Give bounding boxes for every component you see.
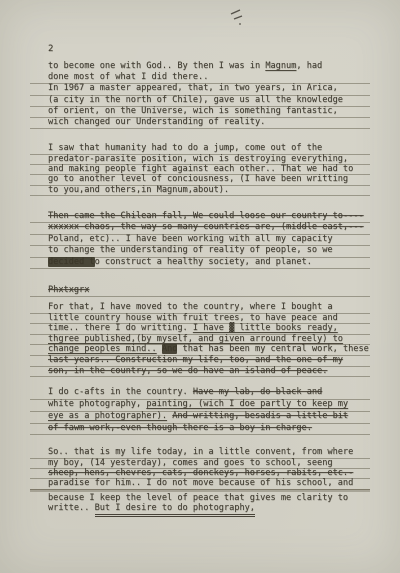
text-segment: I do c-afts in the country.	[48, 387, 193, 397]
typed-line: white photography, painting, (wich I doe…	[30, 399, 370, 411]
text-segment: go to another level of conciousness, (I …	[48, 174, 348, 184]
text-segment: paradise for him.. I do not move because…	[48, 478, 353, 488]
typed-letter-body: to become one with God.. By then I was i…	[30, 61, 370, 513]
typed-line: wich changed our Understanding of realit…	[30, 117, 370, 128]
text-segment: For that, I have moved to the country, w…	[48, 302, 333, 312]
blotted-out-text: And	[162, 344, 178, 354]
typed-line: Poland, etc).. I have been working with …	[30, 234, 370, 245]
typed-line: change peoples mind.. And that has been …	[30, 344, 370, 355]
underlined-text: eye as a photographer).	[48, 411, 167, 421]
typed-line: decided to construct a healthy society, …	[30, 257, 370, 268]
underlined-text: Magnum	[265, 61, 296, 71]
blotted-out-text: decided t	[48, 257, 95, 267]
typed-line: to change the understanding of reality o…	[30, 245, 370, 256]
text-segment: So.. that is my life today, in a little …	[48, 447, 353, 457]
typed-line: and making people fight against each oth…	[30, 164, 370, 174]
text-segment: done most of what I did there..	[48, 72, 208, 82]
text-segment: Poland, etc).. I have been working with …	[48, 234, 333, 244]
text-segment: little country house with fruit trees, t…	[48, 313, 338, 323]
text-segment: I saw that humanity had to do a jump, co…	[48, 143, 322, 153]
typed-line: xxxxxx chaos, the way so many countries …	[30, 222, 370, 233]
struck-through-text: son, in the country, so we do have an is…	[48, 366, 327, 376]
typed-line: predator-parasite position, wich is dest…	[30, 154, 370, 164]
underlined-text: change peoples mind..	[48, 344, 157, 354]
typed-line: time.. there I do writting. I have ▓ lit…	[30, 323, 370, 334]
struck-through-text: chaos, the way so many countries are, (m…	[79, 222, 364, 232]
typed-line: Then came the Chilean fall, We could loo…	[30, 211, 370, 222]
typed-line: For that, I have moved to the country, w…	[30, 302, 370, 313]
text-segment: writte..	[48, 503, 95, 513]
struck-through-text: Phxtxgrx	[48, 285, 89, 295]
paragraph: Phxtxgrx	[30, 285, 370, 296]
typed-line: writte.. But I desire to do photography,	[30, 503, 370, 513]
text-segment: wich changed our Understanding of realit…	[48, 117, 265, 127]
text-segment: , had	[296, 61, 322, 71]
struck-through-text: sheep, hens, chevres, cats, donckeys, ho…	[48, 468, 353, 478]
underlined-text: I have ▓ little books ready,	[193, 323, 338, 333]
text-segment: predator-parasite position, wich is dest…	[48, 154, 348, 164]
heavily-underlined-text: But I desire to do photography,	[95, 503, 255, 517]
text-segment: that has been my central work, these	[177, 344, 368, 354]
struck-through-text: last years.. Construction my life, too, …	[48, 355, 343, 365]
typed-line: because I keep the level of peace that g…	[30, 493, 370, 503]
typed-line: eye as a photographer). And writting, be…	[30, 411, 370, 423]
text-segment: and making people fight against each oth…	[48, 164, 353, 174]
struck-through-text: xxxxxx	[48, 222, 79, 232]
text-segment: to become one with God.. By then I was i…	[48, 61, 265, 71]
typed-line: done most of what I did there..	[30, 72, 370, 83]
text-segment: because I keep the level of peace that g…	[48, 493, 348, 503]
typed-line: my boy, (14 yesterday), comes and goes t…	[30, 458, 370, 468]
typed-line: of fawm work,-even though there is a boy…	[30, 423, 370, 435]
typed-line: last years.. Construction my life, too, …	[30, 355, 370, 366]
typed-line: sheep, hens, chevres, cats, donckeys, ho…	[30, 468, 370, 478]
typed-line: little country house with fruit trees, t…	[30, 313, 370, 324]
typed-line: Phxtxgrx	[30, 285, 370, 296]
struck-through-text: Have my lab, do black and	[193, 387, 322, 397]
paragraph: I do c-afts in the country. Have my lab,…	[30, 387, 370, 434]
text-segment: time.. there I do writting.	[48, 323, 193, 333]
text-segment: o construct a healthy society, and plane…	[95, 257, 312, 267]
text-segment: of orient, on the Universe, wich is some…	[48, 106, 338, 116]
paragraph: For that, I have moved to the country, w…	[30, 302, 370, 376]
paragraph: Then came the Chilean fall, We could loo…	[30, 211, 370, 268]
paragraph: So.. that is my life today, in a little …	[30, 447, 370, 513]
underlined-text: painting, (wich I doe partly to keep my	[146, 399, 348, 409]
typed-line: to become one with God.. By then I was i…	[30, 61, 370, 72]
paragraph: I saw that humanity had to do a jump, co…	[30, 143, 370, 195]
text-segment: (a city in the north of Chile), gave us …	[48, 95, 343, 105]
text-segment: white photography,	[48, 399, 146, 409]
typed-line: son, in the country, so we do have an is…	[30, 366, 370, 377]
text-segment: to you,and others,in Magnum,about).	[48, 185, 229, 195]
typed-line: go to another level of conciousness, (I …	[30, 174, 370, 184]
struck-through-text: Then came the Chilean fall, We could loo…	[48, 211, 364, 221]
underlined-text: thgree published,(by myself, and given a…	[48, 334, 343, 344]
typed-line: thgree published,(by myself, and given a…	[30, 334, 370, 345]
typed-line: to you,and others,in Magnum,about).	[30, 185, 370, 195]
pencil-squiggle-icon	[225, 5, 249, 27]
typed-line: of orient, on the Universe, wich is some…	[30, 106, 370, 117]
paragraph: to become one with God.. By then I was i…	[30, 61, 370, 128]
text-segment: to change the understanding of reality o…	[48, 245, 333, 255]
struck-through-text: of fawm work,-even though there is a boy…	[48, 423, 312, 433]
text-segment: In 1967 a master appeared, that, in two …	[48, 83, 338, 93]
typed-line: In 1967 a master appeared, that, in two …	[30, 83, 370, 94]
typed-line: (a city in the north of Chile), gave us …	[30, 95, 370, 106]
typed-line: So.. that is my life today, in a little …	[30, 447, 370, 457]
text-segment: my boy, (14 yesterday), comes and goes t…	[48, 458, 333, 468]
struck-through-text: And writting, besadis a little bit	[172, 411, 348, 421]
page-number: 2	[48, 44, 53, 55]
scanned-letter-page: 2 to become one with God.. By then I was…	[0, 0, 400, 573]
typed-line: paradise for him.. I do not move because…	[30, 478, 370, 488]
typed-line: I saw that humanity had to do a jump, co…	[30, 143, 370, 153]
typed-line: I do c-afts in the country. Have my lab,…	[30, 387, 370, 399]
